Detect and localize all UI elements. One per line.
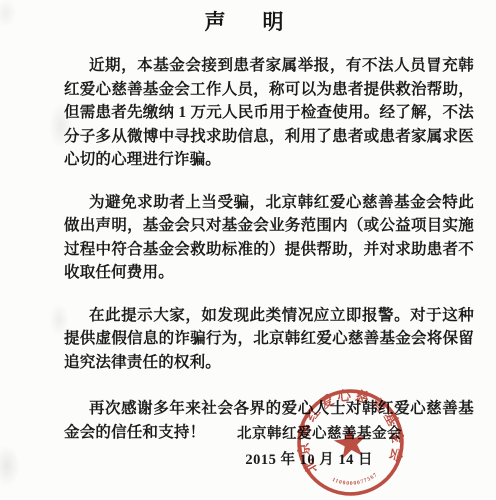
document-title: 声 明 xyxy=(0,6,496,36)
foundation-round-seal: 北京韩红爱心慈善基金会 1100000077567 xyxy=(290,382,411,500)
statement-paragraph: 为避免求助者上当受骗，北京韩红爱心慈善基金会特此做出声明，基金会只对基金会业务范… xyxy=(64,191,474,285)
statement-paragraph: 近期，本基金会接到患者家属举报，有不法人员冒充韩红爱心慈善基金会工作人员，称可以… xyxy=(64,54,474,172)
seal-star-icon xyxy=(332,424,369,459)
statement-paragraph: 在此提示大家，如发现此类情况应立即报警。对于这种提供虚假信息的诈骗行为，北京韩红… xyxy=(64,304,474,375)
document-body: 近期，本基金会接到患者家属举报，有不法人员冒充韩红爱心慈善基金会工作人员，称可以… xyxy=(64,36,474,463)
statement-document-page: 声 明 近期，本基金会接到患者家属举报，有不法人员冒充韩红爱心慈善基金会工作人员… xyxy=(0,0,496,500)
